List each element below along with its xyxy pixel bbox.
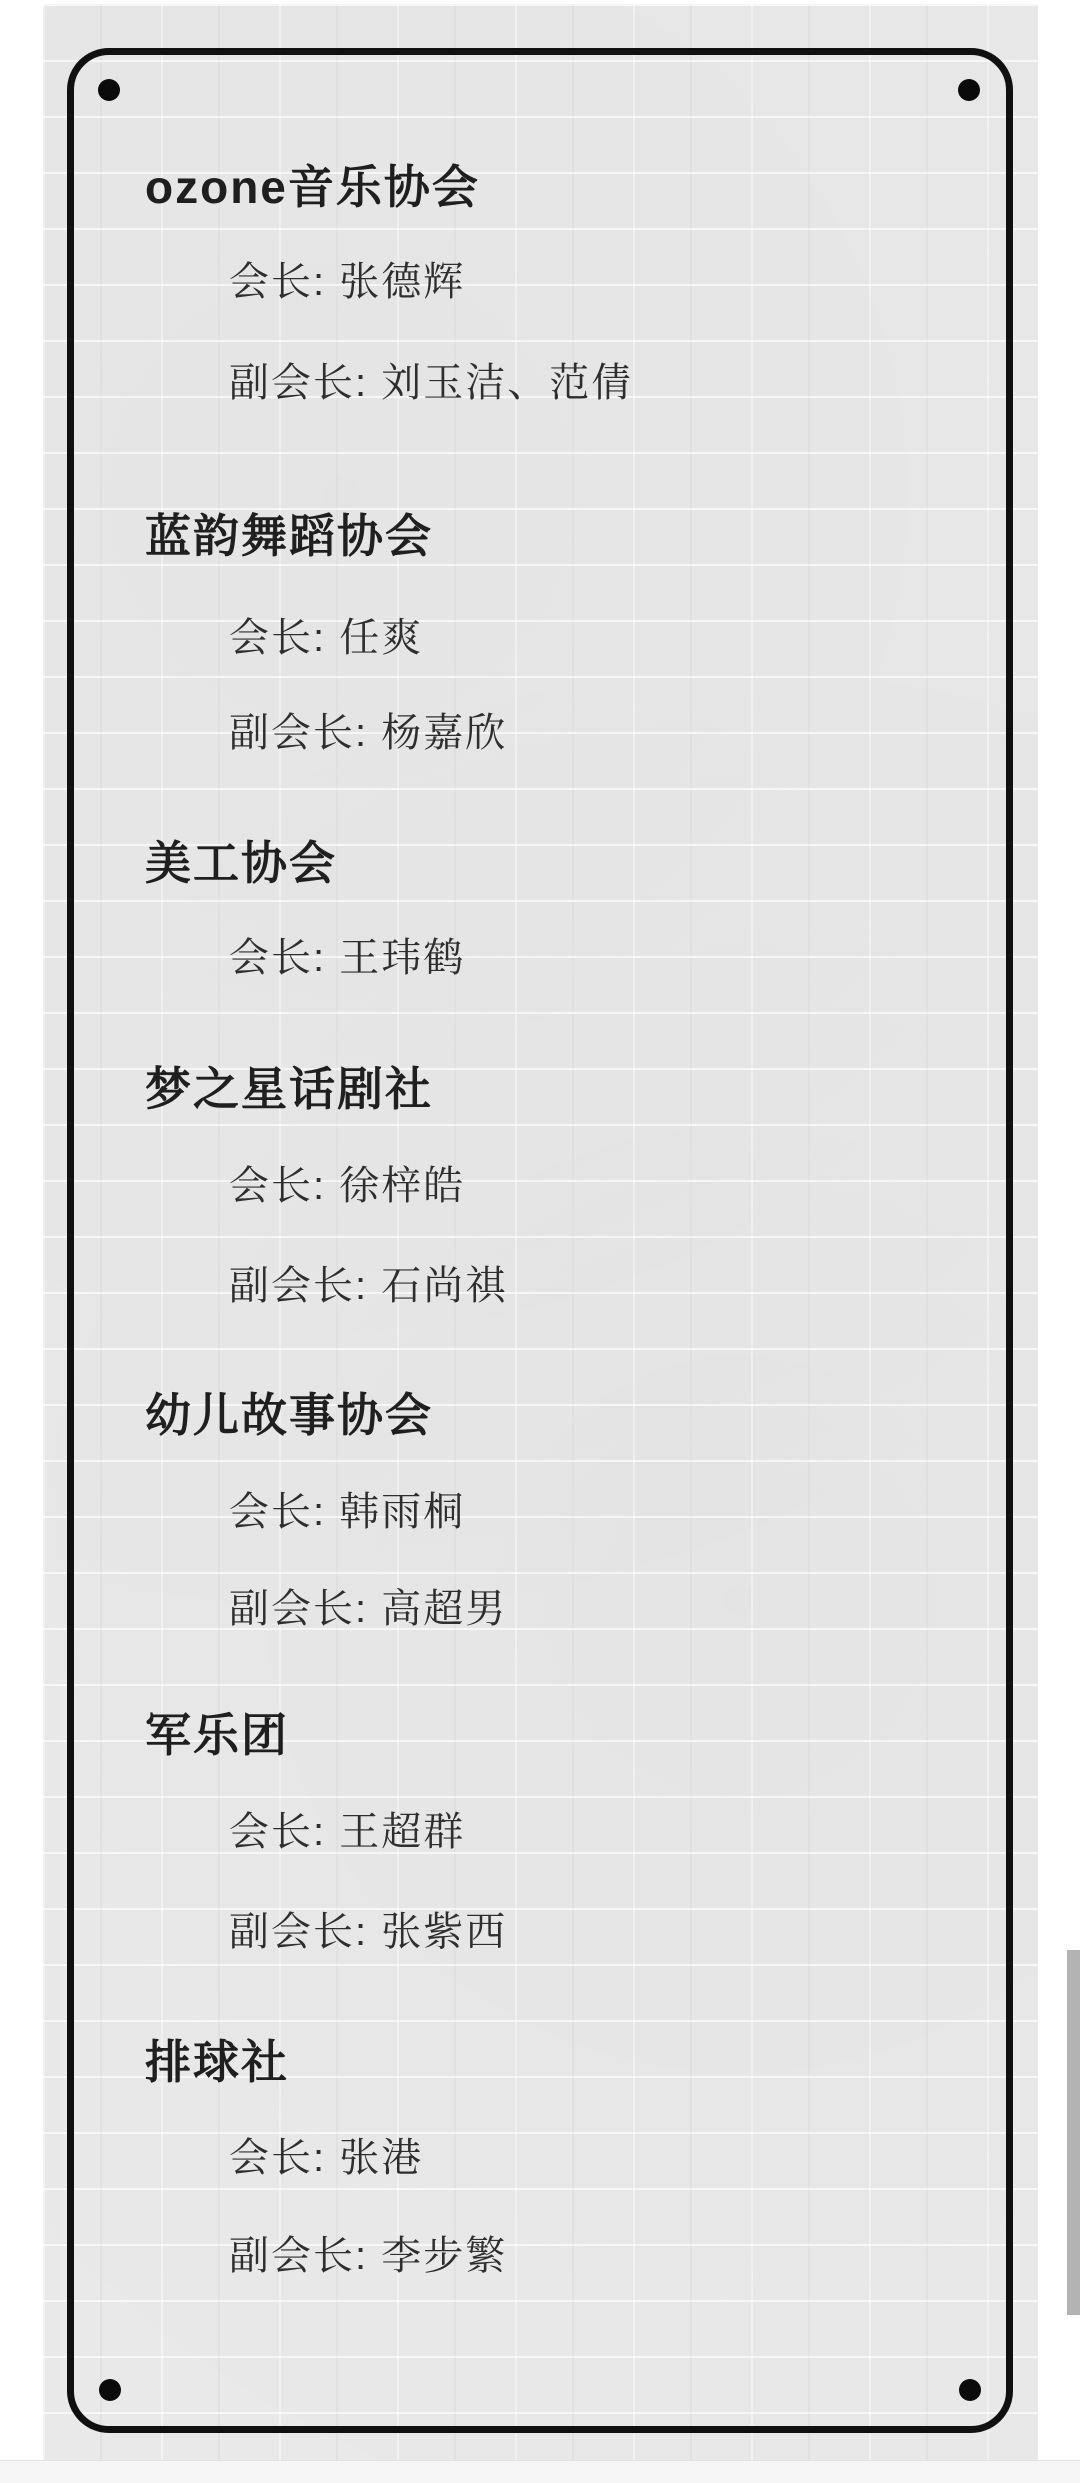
club-name: 排球社 [145,2039,289,2085]
pin-dot-icon-top-left [98,79,120,101]
member-line: 会长: 王超群 [229,1812,465,1852]
scrollbar-thumb[interactable] [1067,1950,1080,2315]
member-line: 副会长: 刘玉洁、范倩 [229,363,633,403]
club-name: 蓝韵舞蹈协会 [145,513,433,559]
pin-dot-icon-bottom-right [959,2379,981,2401]
member-line: 副会长: 高超男 [229,1589,507,1629]
member-line: 会长: 张德辉 [229,262,465,302]
club-name: 梦之星话剧社 [145,1066,433,1112]
member-line: 副会长: 张紫西 [229,1912,507,1952]
member-line: 会长: 徐梓皓 [229,1166,465,1206]
member-line: 副会长: 杨嘉欣 [229,713,507,753]
member-line: 副会长: 石尚祺 [229,1266,507,1306]
member-line: 会长: 王玮鹤 [229,938,465,978]
club-name: 军乐团 [145,1712,289,1758]
club-name: 幼儿故事协会 [145,1392,433,1438]
club-name: 美工协会 [145,840,337,886]
pin-dot-icon-top-right [958,79,980,101]
member-line: 会长: 韩雨桐 [229,1492,465,1532]
member-line: 副会长: 李步繁 [229,2236,507,2276]
pin-dot-icon-bottom-left [99,2379,121,2401]
club-name: ozone音乐协会 [145,164,480,210]
bottom-bar [0,2460,1080,2483]
member-line: 会长: 张港 [229,2138,423,2178]
page: ozone音乐协会 会长: 张德辉 副会长: 刘玉洁、范倩 蓝韵舞蹈协会 会长:… [0,0,1080,2483]
member-line: 会长: 任爽 [229,618,423,658]
